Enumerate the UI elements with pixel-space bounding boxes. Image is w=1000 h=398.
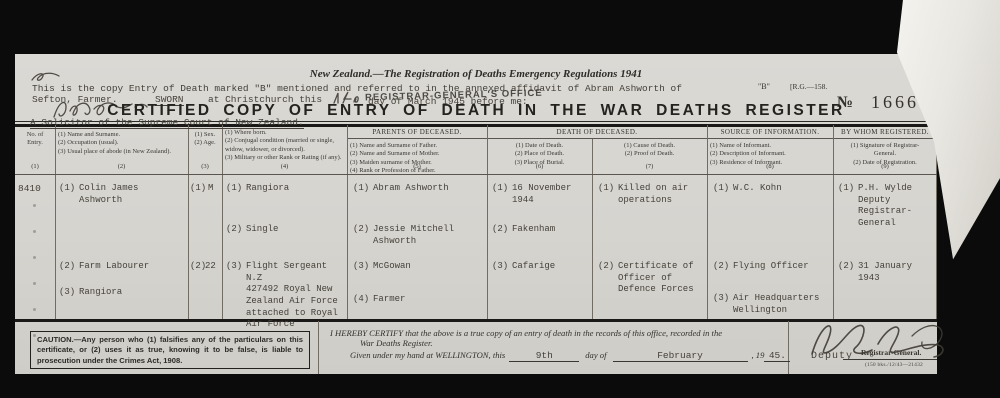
print-code: (150 bks./12/43—21432 <box>865 362 923 368</box>
cell-mother: (2)Jessie Mitchell Ashworth <box>353 224 454 247</box>
col-registered: (1) Signature of Registrar- General. (2)… <box>833 125 937 319</box>
col-desc: (1) Name and Surname of Father. (2) Name… <box>347 142 487 176</box>
cell-born: (1)Rangiora <box>226 183 289 195</box>
col-desc: (1) Name and Surname. (2) Occupation (us… <box>55 131 188 156</box>
cell-proof: (2)Certificate of Officer of Defence For… <box>598 261 694 296</box>
pencil-mark <box>30 70 62 84</box>
cell-father: (1)Abram Ashworth <box>353 183 449 195</box>
given-year-prefix: , 19 <box>752 350 765 360</box>
col-parents: (1) Name and Surname of Father. (2) Name… <box>347 125 487 319</box>
registrar-signature <box>800 314 950 362</box>
cell-cause: (1)Killed on air operations <box>598 183 688 206</box>
col-num: (1) <box>15 163 55 170</box>
cell-father-occupation: (4)Farmer <box>353 294 405 306</box>
col-source: (1) Name of Informant. (2) Description o… <box>707 125 833 319</box>
col-entry-no: No. of Entry. (1) 8410 <box>15 125 55 319</box>
col-num: (9) <box>833 163 937 170</box>
perforation-dot <box>33 230 36 233</box>
certify-line2: War Deaths Register. <box>360 338 433 348</box>
form-letter: "B" <box>758 82 770 91</box>
perforation-dot <box>33 204 36 207</box>
cell-registration-date: (2)31 January 1943 <box>838 261 937 284</box>
col-born-rank: (1) Where born. (2) Conjugal condition (… <box>222 125 347 319</box>
footer-line <box>318 321 319 374</box>
cell-conjugal: (2)Single <box>226 224 278 236</box>
col-num: (3) <box>188 163 222 170</box>
perforation-dot <box>33 256 36 259</box>
entry-no-value: 8410 <box>18 183 41 195</box>
given-month: February <box>613 350 748 362</box>
col-num: (2) <box>55 163 188 170</box>
col-sex-age: (1) Sex. (2) Age. (3) (1)M (2)22 <box>188 125 222 319</box>
given-dayof: day of <box>585 350 606 360</box>
cell-abode: (3)Rangiora <box>59 287 122 299</box>
cell-age: (2)22 <box>190 261 216 273</box>
cell-informant-res: (3)Air Headquarters Wellington <box>713 293 819 316</box>
perforation-dot <box>33 334 36 337</box>
perforation-dot <box>33 282 36 285</box>
cell-death-place: (2)Fakenham <box>492 224 555 236</box>
given-prefix: Given under my hand at WELLINGTON, this <box>350 350 505 360</box>
footer-line <box>788 321 789 374</box>
cell-informant-desc: (2)Flying Officer <box>713 261 809 273</box>
col-desc: (1) Sex. (2) Age. <box>188 131 222 148</box>
given-day: 9th <box>509 350 579 362</box>
rg-code: [R.G.—158. <box>790 82 827 91</box>
cell-name: (1)Colin James Ashworth <box>59 183 138 206</box>
col-num: (8) <box>707 163 833 170</box>
certificate-paper: "B" [R.G.—158. № 16669 New Zealand.—The … <box>15 54 937 374</box>
col-num: (6) <box>487 163 592 170</box>
cell-maiden: (3)McGowan <box>353 261 411 273</box>
given-year: 45. <box>764 350 790 362</box>
col-desc: (1) Where born. (2) Conjugal condition (… <box>222 129 347 163</box>
col-num: (4) <box>222 163 347 170</box>
caution-box: CAUTION.—Any person who (1) falsifies an… <box>30 331 310 369</box>
col-num: (7) <box>592 163 707 170</box>
cell-occupation: (2)Farm Labourer <box>59 261 149 273</box>
regulation-title: New Zealand.—The Registration of Deaths … <box>15 68 937 80</box>
solicitor-line: A Solicitor of the Supreme Court of New … <box>30 117 304 129</box>
cell-burial-place: (3)Cafarige <box>492 261 555 273</box>
cell-death-date: (1)16 November 1944 <box>492 183 571 206</box>
cell-sex: (1)M <box>190 183 213 195</box>
col-desc: (1) Cause of Death. (2) Proof of Death. <box>592 142 707 159</box>
cell-informant: (1)W.C. Kohn <box>713 183 782 195</box>
scanned-certificate: "B" [R.G.—158. № 16669 New Zealand.—The … <box>0 0 1000 398</box>
certify-line1: I HEREBY CERTIFY that the above is a tru… <box>330 328 722 338</box>
cell-registrar-sig: (1)P.H. Wylde Deputy Registrar- General <box>838 183 912 230</box>
perforation-dot <box>33 308 36 311</box>
given-line: Given under my hand at WELLINGTON, this … <box>350 350 790 362</box>
col-cause: (1) Cause of Death. (2) Proof of Death. … <box>592 125 707 319</box>
cell-rank: (3)Flight Sergeant N.Z 427492 Royal New … <box>226 261 347 331</box>
col-num: (5) <box>347 163 487 170</box>
col-death: (1) Date of Death. (2) Place of Death. (… <box>487 125 592 319</box>
table-bottom-rule <box>15 319 937 322</box>
col-name: (1) Name and Surname. (2) Occupation (us… <box>55 125 188 319</box>
col-desc: No. of Entry. <box>15 131 55 148</box>
